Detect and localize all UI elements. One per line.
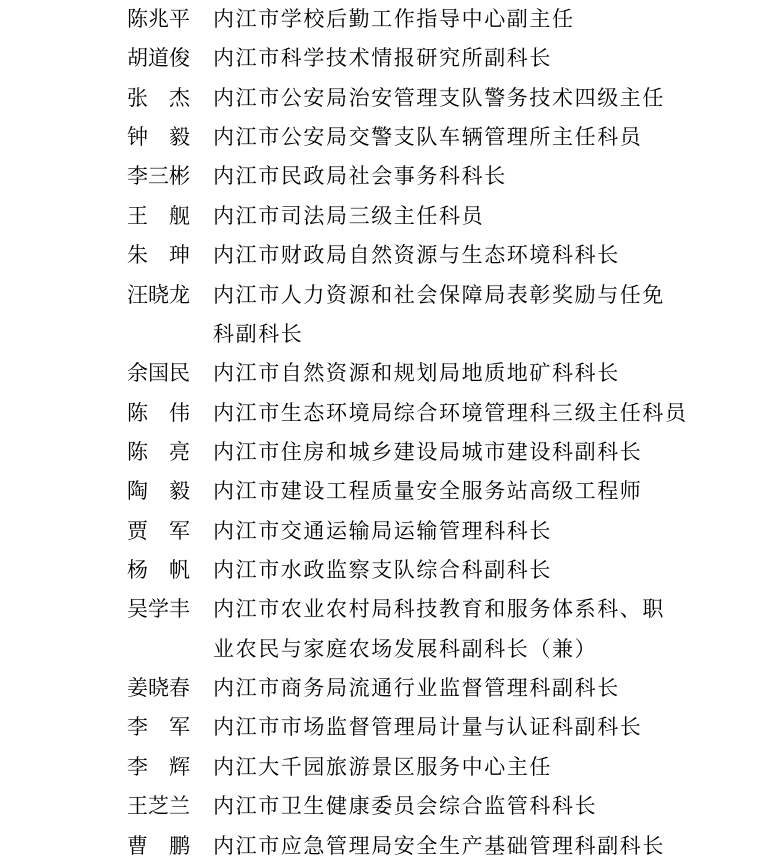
person-name: 陈 亮 (127, 433, 193, 472)
roster-entry: 杨 帆 内江市水政监察支队综合科副科长 (0, 551, 770, 590)
person-title: 内江市生态环境局综合环境管理科三级主任科员 (213, 394, 688, 433)
person-title-line: 内江市商务局流通行业监督管理科副科长 (213, 669, 620, 708)
person-title-line: 科副科长 (213, 315, 665, 354)
roster-entry: 张 杰 内江市公安局治安管理支队警务技术四级主任 (0, 79, 770, 118)
roster-entry: 陈 伟 内江市生态环境局综合环境管理科三级主任科员 (0, 394, 770, 433)
roster-entry: 曹 鹏 内江市应急管理局安全生产基础管理科副科长 (0, 827, 770, 866)
person-title-line: 内江市交通运输局运输管理科科长 (213, 512, 552, 551)
roster-entry: 陈兆平 内江市学校后勤工作指导中心副主任 (0, 0, 770, 39)
person-name: 余国民 (127, 354, 193, 393)
person-title: 内江市建设工程质量安全服务站高级工程师 (213, 472, 642, 511)
person-title: 内江市公安局交警支队车辆管理所主任科员 (213, 118, 642, 157)
person-name: 朱 珅 (127, 236, 193, 275)
person-title-line: 内江市公安局治安管理支队警务技术四级主任 (213, 79, 665, 118)
person-title: 内江市应急管理局安全生产基础管理科副科长 (213, 827, 665, 866)
person-name: 李三彬 (127, 157, 193, 196)
person-name: 贾 军 (127, 512, 193, 551)
person-title: 内江市卫生健康委员会综合监管科科长 (213, 787, 597, 826)
roster-entry: 姜晓春 内江市商务局流通行业监督管理科副科长 (0, 669, 770, 708)
person-name: 王芝兰 (127, 787, 193, 826)
person-title-line: 内江市学校后勤工作指导中心副主任 (213, 0, 575, 39)
person-title: 内江市司法局三级主任科员 (213, 197, 484, 236)
roster-entry: 李 辉 内江大千园旅游景区服务中心主任 (0, 748, 770, 787)
person-title-line: 内江市生态环境局综合环境管理科三级主任科员 (213, 394, 688, 433)
person-title-line: 内江市人力资源和社会保障局表彰奖励与任免 (213, 276, 665, 315)
roster-entry: 王芝兰 内江市卫生健康委员会综合监管科科长 (0, 787, 770, 826)
document-page: 陈兆平 内江市学校后勤工作指导中心副主任 胡道俊 内江市科学技术情报研究所副科长… (0, 0, 770, 866)
person-title: 内江市住房和城乡建设局城市建设科副科长 (213, 433, 642, 472)
person-title: 内江市交通运输局运输管理科科长 (213, 512, 552, 551)
person-title: 内江市市场监督管理局计量与认证科副科长 (213, 708, 642, 747)
roster-entry: 王 舰 内江市司法局三级主任科员 (0, 197, 770, 236)
person-name: 张 杰 (127, 79, 193, 118)
person-title-line: 内江市建设工程质量安全服务站高级工程师 (213, 472, 642, 511)
person-title: 内江市财政局自然资源与生态环境科科长 (213, 236, 620, 275)
roster-entry: 钟 毅 内江市公安局交警支队车辆管理所主任科员 (0, 118, 770, 157)
person-title-line: 内江市住房和城乡建设局城市建设科副科长 (213, 433, 642, 472)
person-title: 内江大千园旅游景区服务中心主任 (213, 748, 552, 787)
person-name: 陈 伟 (127, 394, 193, 433)
person-title-line: 内江市民政局社会事务科科长 (213, 157, 507, 196)
person-name: 李 辉 (127, 748, 193, 787)
roster-entry: 李 军 内江市市场监督管理局计量与认证科副科长 (0, 708, 770, 747)
person-name: 王 舰 (127, 197, 193, 236)
person-title-line: 内江市卫生健康委员会综合监管科科长 (213, 787, 597, 826)
person-title: 内江市科学技术情报研究所副科长 (213, 39, 552, 78)
person-title: 内江市水政监察支队综合科副科长 (213, 551, 552, 590)
person-name: 杨 帆 (127, 551, 193, 590)
roster-entry: 汪晓龙 内江市人力资源和社会保障局表彰奖励与任免科副科长 (0, 276, 770, 355)
roster-entry: 吴学丰 内江市农业农村局科技教育和服务体系科、职业农民与家庭农场发展科副科长（兼… (0, 590, 770, 669)
person-name: 曹 鹏 (127, 827, 193, 866)
person-title: 内江市商务局流通行业监督管理科副科长 (213, 669, 620, 708)
person-title-line: 内江市农业农村局科技教育和服务体系科、职 (213, 590, 665, 629)
roster-list: 陈兆平 内江市学校后勤工作指导中心副主任 胡道俊 内江市科学技术情报研究所副科长… (0, 0, 770, 866)
roster-entry: 朱 珅 内江市财政局自然资源与生态环境科科长 (0, 236, 770, 275)
person-title-line: 内江市市场监督管理局计量与认证科副科长 (213, 708, 642, 747)
person-title-line: 内江市科学技术情报研究所副科长 (213, 39, 552, 78)
person-title-line: 内江市应急管理局安全生产基础管理科副科长 (213, 827, 665, 866)
person-name: 胡道俊 (127, 39, 193, 78)
roster-entry: 贾 军 内江市交通运输局运输管理科科长 (0, 512, 770, 551)
person-title-line: 内江市水政监察支队综合科副科长 (213, 551, 552, 590)
person-title-line: 内江大千园旅游景区服务中心主任 (213, 748, 552, 787)
person-name: 姜晓春 (127, 669, 193, 708)
person-title-line: 内江市司法局三级主任科员 (213, 197, 484, 236)
person-title: 内江市学校后勤工作指导中心副主任 (213, 0, 575, 39)
roster-entry: 陶 毅 内江市建设工程质量安全服务站高级工程师 (0, 472, 770, 511)
person-name: 李 军 (127, 708, 193, 747)
person-name: 陈兆平 (127, 0, 193, 39)
roster-entry: 陈 亮 内江市住房和城乡建设局城市建设科副科长 (0, 433, 770, 472)
person-name: 汪晓龙 (127, 276, 193, 315)
person-title: 内江市人力资源和社会保障局表彰奖励与任免科副科长 (213, 276, 665, 355)
roster-entry: 胡道俊 内江市科学技术情报研究所副科长 (0, 39, 770, 78)
roster-entry: 李三彬 内江市民政局社会事务科科长 (0, 157, 770, 196)
person-name: 陶 毅 (127, 472, 193, 511)
person-title: 内江市自然资源和规划局地质地矿科科长 (213, 354, 620, 393)
person-title-line: 业农民与家庭农场发展科副科长（兼） (213, 630, 665, 669)
person-title: 内江市公安局治安管理支队警务技术四级主任 (213, 79, 665, 118)
person-title-line: 内江市财政局自然资源与生态环境科科长 (213, 236, 620, 275)
person-name: 吴学丰 (127, 590, 193, 629)
person-title: 内江市民政局社会事务科科长 (213, 157, 507, 196)
person-title: 内江市农业农村局科技教育和服务体系科、职业农民与家庭农场发展科副科长（兼） (213, 590, 665, 669)
roster-entry: 余国民 内江市自然资源和规划局地质地矿科科长 (0, 354, 770, 393)
person-title-line: 内江市自然资源和规划局地质地矿科科长 (213, 354, 620, 393)
person-title-line: 内江市公安局交警支队车辆管理所主任科员 (213, 118, 642, 157)
person-name: 钟 毅 (127, 118, 193, 157)
